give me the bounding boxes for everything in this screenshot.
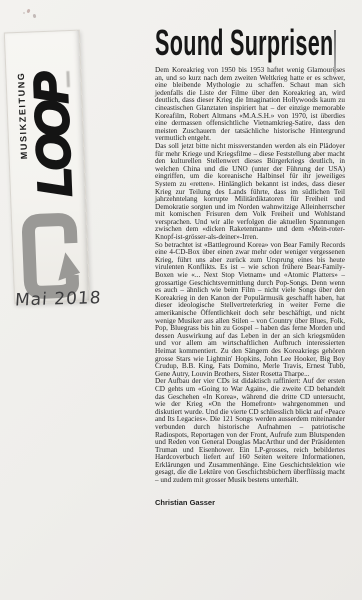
masthead-clipping: MUSIKZEITUNG LOOP <box>4 30 90 305</box>
paragraph: Dem Koreakrieg von 1950 bis 1953 haftet … <box>155 67 345 143</box>
article-title: Sound Surprisen <box>155 24 270 62</box>
article-column: Sound Surprisen Dem Koreakrieg von 1950 … <box>155 24 347 507</box>
handwritten-date: Mai 2018 <box>14 288 125 311</box>
scanned-article-page: MUSIKZEITUNG LOOP Mai 2018 Sound Surpris… <box>0 0 362 600</box>
article-body: Dem Koreakrieg von 1950 bis 1953 haftet … <box>155 67 345 507</box>
paragraph: Das soll jetzt bitte nicht missverstande… <box>155 143 345 242</box>
pencil-speck <box>23 12 25 14</box>
pencil-speck <box>33 14 37 19</box>
column-rule <box>334 30 336 77</box>
pencil-speck <box>26 9 30 14</box>
magazine-logo-text: LOOP <box>24 61 82 211</box>
author-byline: Christian Gasser <box>155 498 345 507</box>
issue-number-smudge <box>66 71 70 87</box>
paragraph: So betrachtet ist «Battleground Korea» v… <box>155 242 345 379</box>
paragraph: Der Aufbau der vier CDs ist didaktisch r… <box>155 378 345 484</box>
